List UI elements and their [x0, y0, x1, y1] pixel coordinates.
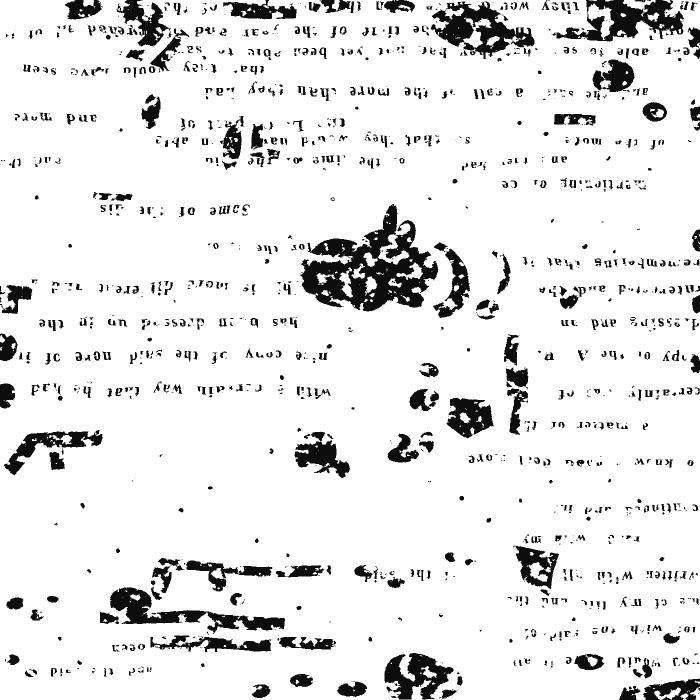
- ink-speck: [413, 298, 417, 302]
- ink-speck: [178, 508, 183, 513]
- ink-speck: [608, 158, 613, 163]
- reversed-text-line: and so that they would have been the mos…: [116, 0, 700, 15]
- reversed-text-line: the L. C. part of: [177, 114, 345, 131]
- ink-speck: [518, 498, 521, 501]
- reversed-text-line: certainly was of: [555, 384, 700, 400]
- reversed-text-line: for the J. of: [202, 240, 310, 255]
- reversed-text-line: and the: [0, 154, 62, 169]
- ink-speck: [658, 558, 663, 563]
- ink-speck: [478, 628, 481, 631]
- ink-speck: [268, 448, 273, 453]
- ink-blotch: [442, 551, 456, 561]
- reversed-text-line: written with all of: [537, 568, 700, 583]
- ink-speck: [198, 248, 202, 252]
- reversed-text-line: that they would have seen: [23, 62, 262, 78]
- ink-speck: [298, 606, 303, 611]
- ink-speck: [116, 50, 119, 53]
- ink-blotch: [9, 598, 27, 610]
- ink-speck: [550, 216, 555, 221]
- ink-blotch: [476, 301, 500, 317]
- ink-speck: [688, 138, 692, 142]
- ink-blotch: [25, 669, 37, 677]
- reversed-text-line: you would have it all: [510, 654, 700, 669]
- ink-speck: [208, 488, 212, 492]
- ink-speck: [53, 523, 56, 526]
- reversed-text-line: been able to see that they had not yet b…: [177, 44, 700, 60]
- ink-blotch: [203, 616, 217, 634]
- reversed-text-line: dressing and an: [557, 316, 700, 332]
- ink-speck: [88, 568, 93, 573]
- ink-speck: [463, 208, 467, 212]
- ink-blotch: [420, 364, 440, 378]
- ink-blotch: [31, 613, 45, 623]
- reversed-text-line: has been dressed up in the: [37, 314, 298, 331]
- ink-speck: [573, 616, 576, 619]
- ink-speck: [118, 128, 121, 131]
- ink-speck: [78, 660, 83, 665]
- ink-blotch: [50, 597, 62, 605]
- ink-blotch: [419, 430, 435, 452]
- ink-speck: [518, 118, 522, 122]
- reversed-text-line: Some of the dis: [100, 201, 252, 218]
- ink-speck: [58, 638, 62, 642]
- ink-speck: [253, 538, 257, 542]
- ink-speck: [203, 663, 207, 667]
- reversed-text-line: and they would have been: [108, 638, 335, 653]
- reversed-text-line: of the time of the said: [203, 154, 408, 169]
- ink-speck: [148, 338, 152, 342]
- ink-speck: [348, 328, 352, 332]
- ink-speck: [288, 233, 292, 237]
- reversed-text-line: would have been there for the time of th…: [112, 23, 700, 40]
- reversed-text-line: not with the said of: [522, 624, 700, 639]
- ink-speck: [458, 498, 462, 502]
- grunge-texture-canvas: and so that they would have been the mos…: [0, 0, 700, 700]
- ink-speck: [328, 198, 332, 202]
- reversed-text-line: with a certain way that he had: [29, 382, 332, 399]
- reversed-text-line: This is more different and a: [30, 279, 305, 296]
- ink-speck: [428, 478, 431, 481]
- reversed-text-line: ready with my: [522, 535, 640, 550]
- reversed-text-line: of the more: [563, 134, 665, 149]
- ink-blotch: [110, 586, 152, 616]
- reversed-text-line: a matter of the: [512, 418, 648, 433]
- ink-speck: [278, 203, 283, 208]
- ink-speck: [118, 413, 121, 416]
- ink-speck: [608, 298, 612, 302]
- ink-speck: [453, 178, 458, 183]
- reversed-text-line: to know a good deal more: [469, 454, 700, 469]
- ink-speck: [83, 503, 88, 508]
- reversed-text-line: interested and the: [537, 281, 700, 297]
- ink-speck: [278, 378, 282, 382]
- ink-blotch: [5, 655, 19, 665]
- ink-speck: [488, 518, 493, 523]
- ink-speck: [118, 548, 122, 552]
- reversed-text-line: continued and int: [549, 501, 700, 516]
- ink-blotch: [552, 112, 596, 124]
- ink-speck: [438, 328, 443, 333]
- ink-blotch: [335, 682, 367, 698]
- ink-speck: [598, 220, 601, 223]
- ink-speck: [88, 378, 92, 382]
- ink-speck: [253, 230, 256, 233]
- ink-speck: [148, 528, 151, 531]
- ink-blotch: [390, 433, 410, 449]
- reversed-text-line: and more of: [0, 111, 95, 127]
- reversed-text-line: of the said: [364, 569, 455, 584]
- ink-blotch: [465, 557, 477, 565]
- ink-speck: [588, 518, 593, 523]
- ink-speck: [368, 638, 372, 642]
- ink-blotch: [231, 594, 247, 606]
- reversed-text-line: nice copy of the said more of it: [16, 348, 330, 365]
- ink-speck: [328, 343, 333, 348]
- ink-speck: [648, 168, 651, 171]
- ink-speck: [548, 478, 552, 482]
- ink-speck: [38, 198, 42, 202]
- ink-speck: [158, 453, 162, 457]
- ink-blotch: [249, 683, 269, 695]
- ink-speck: [173, 298, 176, 301]
- ink-speck: [328, 618, 331, 621]
- reversed-text-line: me of my life and the: [502, 594, 700, 609]
- ink-speck: [543, 130, 548, 135]
- texture-page: and so that they would have been the mos…: [0, 0, 700, 700]
- reversed-text-line: copy of the A. B.: [537, 349, 700, 365]
- ink-speck: [320, 170, 325, 175]
- reversed-text-line: remembering that it: [521, 254, 700, 270]
- reversed-text-line: so that they would have been able: [153, 132, 470, 148]
- ink-speck: [638, 228, 642, 232]
- ink-speck: [288, 553, 291, 556]
- reversed-text-line: and they had: [460, 157, 568, 172]
- ink-speck: [438, 613, 442, 617]
- ink-speck: [508, 638, 512, 642]
- ink-speck: [353, 408, 356, 411]
- ink-speck: [353, 106, 356, 109]
- reversed-text-line: a call of the more than they had: [203, 84, 525, 101]
- ink-speck: [608, 478, 611, 481]
- ink-speck: [238, 468, 241, 471]
- ink-speck: [263, 258, 268, 263]
- ink-speck: [298, 428, 302, 432]
- ink-speck: [428, 198, 431, 201]
- reversed-text-line: and the said: [49, 665, 152, 680]
- ink-speck: [613, 248, 616, 251]
- reversed-text-line: and the said: [540, 86, 648, 101]
- ink-speck: [133, 478, 136, 481]
- ink-speck: [68, 243, 71, 246]
- ink-speck: [398, 618, 403, 623]
- ink-speck: [583, 240, 588, 245]
- ink-speck: [468, 348, 471, 351]
- reversed-text-line: mentioning of ce: [502, 178, 645, 193]
- ink-blotch: [642, 104, 666, 122]
- ink-speck: [538, 73, 541, 76]
